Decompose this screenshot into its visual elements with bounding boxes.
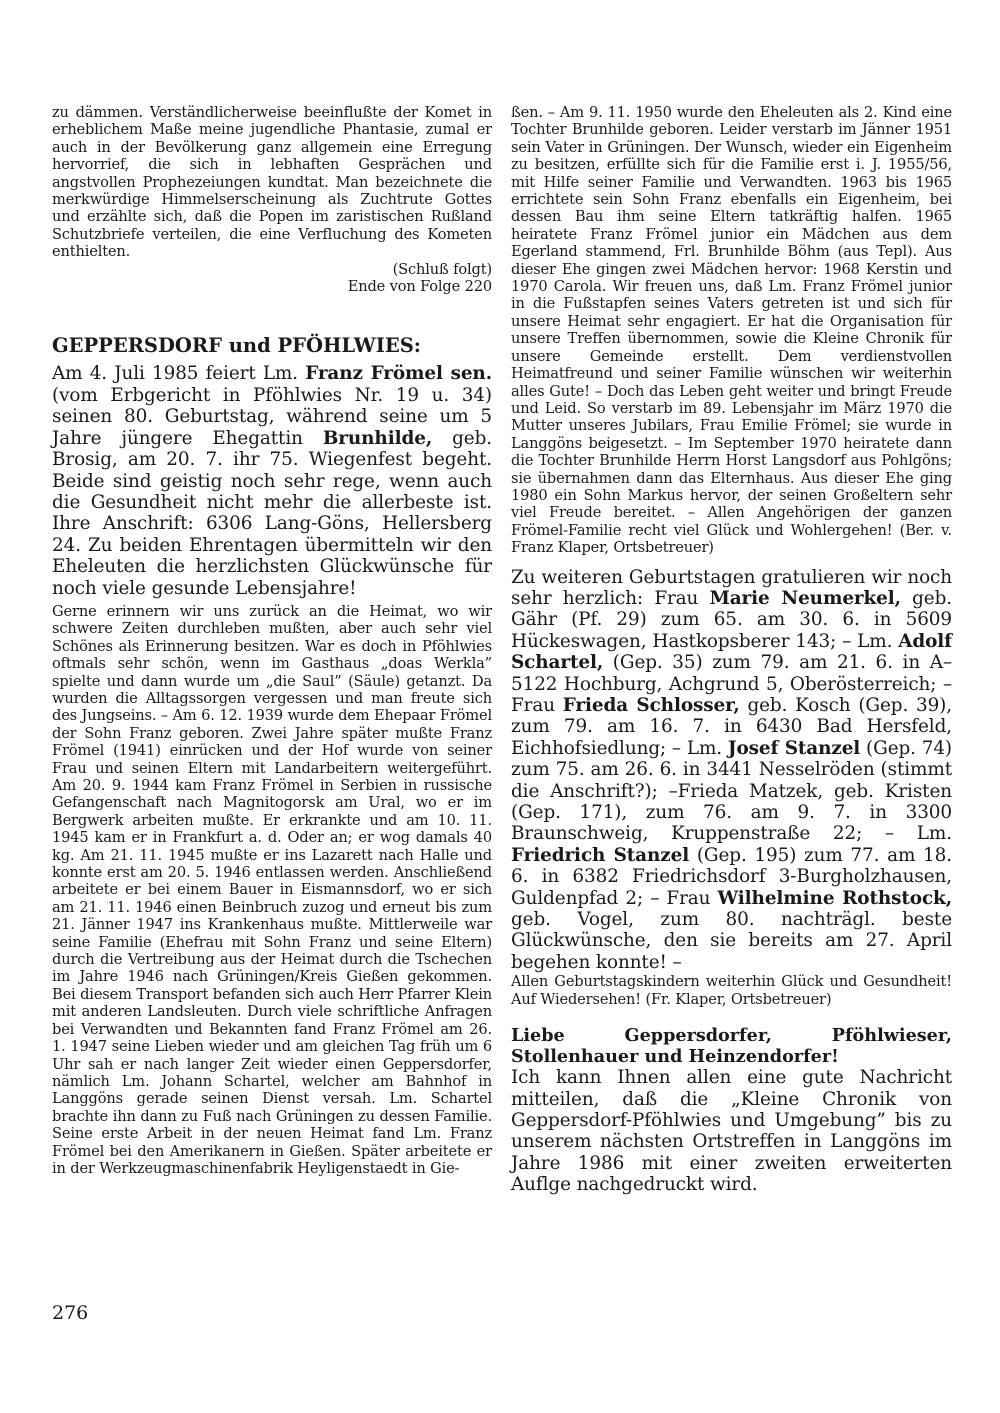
notice-text: Am 4. Juli 1985 feiert Lm. <box>52 363 305 384</box>
right-column: ßen. – Am 9. 11. 1950 wurde den Eheleute… <box>511 104 952 1196</box>
notice-text: geb. Brosig, am 20. 7. ihr 75. Wiegenfes… <box>52 428 492 599</box>
notice-text: geb. Vogel, zum 80. nachträgl. beste Glü… <box>511 909 952 973</box>
honoree-name: Frieda Schlosser, <box>563 695 740 716</box>
birthday-notice: Am 4. Juli 1985 feiert Lm. Franz Frömel … <box>52 363 492 598</box>
announcement-heading: Liebe Geppersdorfer, Pföhlwieser, Stolle… <box>511 1026 952 1067</box>
comet-story-continuation: zu dämmen. Verständlicherweise beeinfluß… <box>52 104 492 261</box>
section-heading: GEPPERSDORF und PFÖHLWIES: <box>52 335 492 357</box>
announcement-text: Ich kann Ihnen allen eine gute Nachricht… <box>511 1067 952 1195</box>
family-memoir: Gerne erinnern wir uns zurück an die Hei… <box>52 603 492 1177</box>
to-be-continued-note: (Schluß folgt) <box>52 261 492 278</box>
honoree-name: Josef Stanzel <box>728 738 860 759</box>
honoree-name: Friedrich Stanzel <box>511 845 689 866</box>
honoree-name: Wilhelmine Rothstock, <box>718 888 952 909</box>
family-memoir-continued: ßen. – Am 9. 11. 1950 wurde den Eheleute… <box>511 104 952 557</box>
honoree-name: Marie Neumerkel, <box>709 588 900 609</box>
page-number: 276 <box>52 1302 88 1324</box>
left-column: zu dämmen. Verständlicherweise beeinfluß… <box>52 104 492 1177</box>
more-birthdays: Zu weiteren Geburtstagen gratulieren wir… <box>511 567 952 974</box>
honoree-name: Brunhilde, <box>323 428 432 449</box>
closing-wishes: Allen Geburtstagskindern weiterhin Glück… <box>511 973 952 1008</box>
episode-end-note: Ende von Folge 220 <box>52 278 492 295</box>
honoree-name: Franz Frömel sen. <box>305 363 492 384</box>
